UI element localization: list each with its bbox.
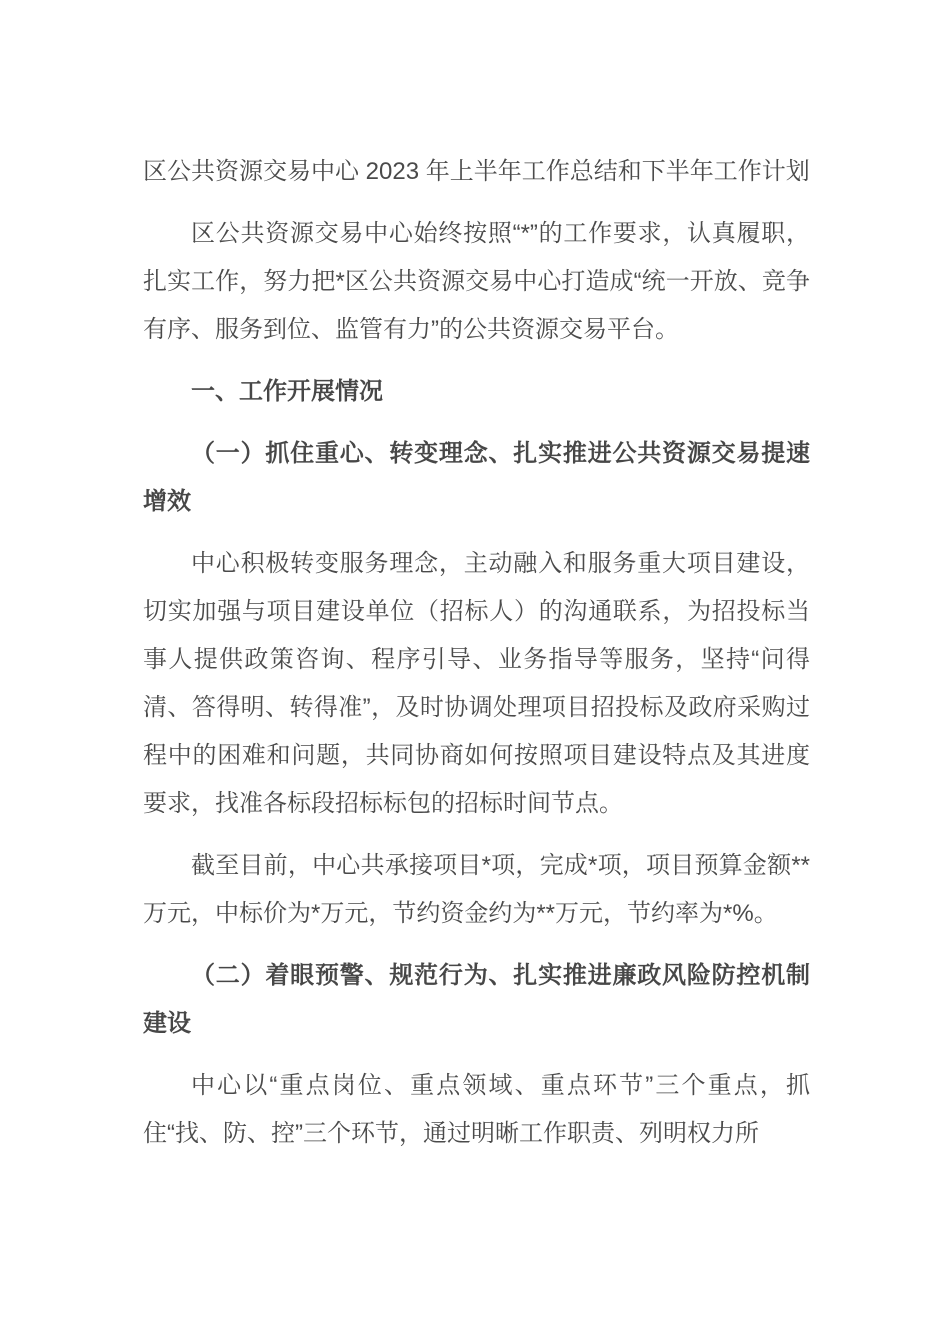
- subsection-heading-1-2: （二）着眼预警、规范行为、扎实推进廉政风险防控机制建设: [143, 952, 810, 1048]
- body-paragraph-statistics: 截至目前，中心共承接项目*项，完成*项，项目预算金额**万元，中标价为*万元，节…: [143, 842, 810, 938]
- body-paragraph-service-concept: 中心积极转变服务理念，主动融入和服务重大项目建设，切实加强与项目建设单位（招标人…: [143, 540, 810, 828]
- intro-paragraph: 区公共资源交易中心始终按照“*”的工作要求，认真履职，扎实工作，努力把*区公共资…: [143, 210, 810, 354]
- document-page: 区公共资源交易中心 2023 年上半年工作总结和下半年工作计划 区公共资源交易中…: [0, 0, 950, 1344]
- document-title: 区公共资源交易中心 2023 年上半年工作总结和下半年工作计划: [143, 148, 810, 196]
- section-heading-1: 一、工作开展情况: [143, 368, 810, 416]
- body-paragraph-risk-control: 中心以“重点岗位、重点领域、重点环节”三个重点，抓住“找、防、控”三个环节，通过…: [143, 1062, 810, 1158]
- subsection-heading-1-1: （一）抓住重心、转变理念、扎实推进公共资源交易提速增效: [143, 430, 810, 526]
